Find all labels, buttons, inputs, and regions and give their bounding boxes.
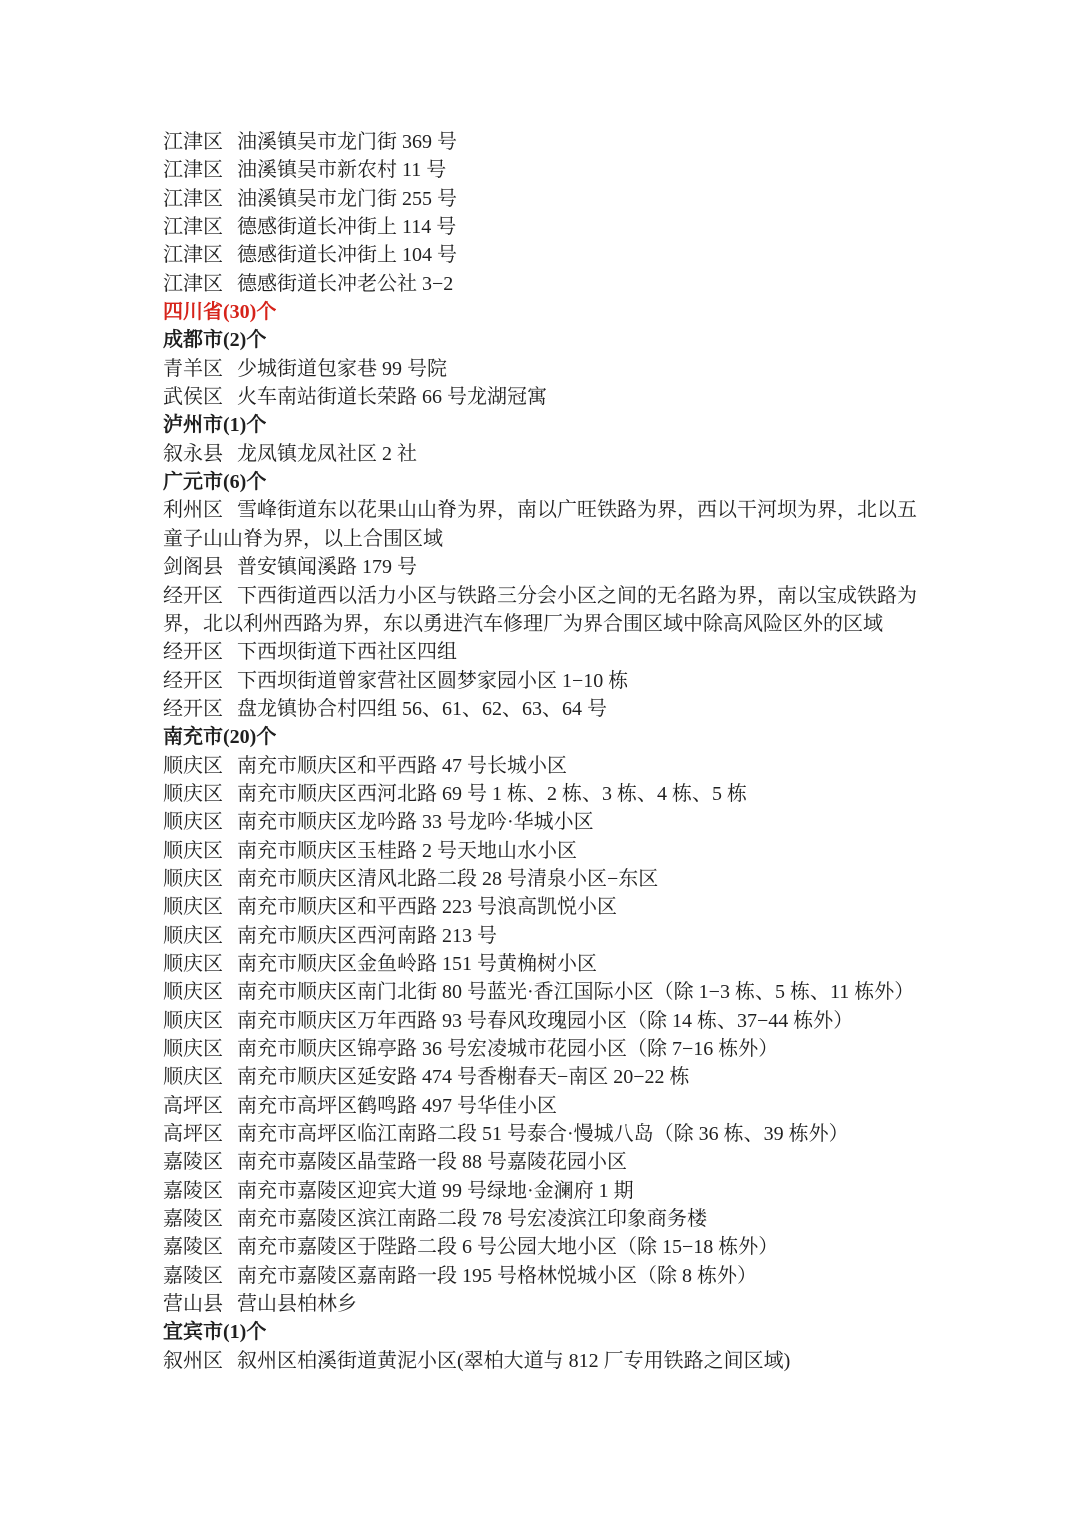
address-text: 龙凤镇龙凤社区 2 社: [237, 443, 417, 465]
district-label: 江津区: [163, 131, 223, 153]
address-entry: 青羊区少城街道包家巷 99 号院: [163, 355, 935, 383]
district-label: 嘉陵区: [163, 1236, 223, 1258]
address-text: 南充市顺庆区和平西路 223 号浪高凯悦小区: [237, 896, 617, 918]
address-entry: 顺庆区南充市顺庆区和平西路 223 号浪高凯悦小区: [163, 893, 935, 921]
document-page: 江津区油溪镇吴市龙门街 369 号 江津区油溪镇吴市新农村 11 号 江津区油溪…: [0, 0, 1080, 1526]
address-text: 南充市嘉陵区滨江南路二段 78 号宏凌滨江印象商务楼: [237, 1208, 707, 1230]
address-text: 南充市顺庆区玉桂路 2 号天地山水小区: [237, 840, 577, 862]
district-label: 高坪区: [163, 1095, 223, 1117]
city-header-label: 成都市(2)个: [163, 329, 266, 351]
district-label: 嘉陵区: [163, 1151, 223, 1173]
city-header: 南充市(20)个: [163, 723, 935, 751]
address-text: 德感街道长冲老公社 3−2: [237, 273, 453, 295]
address-text: 南充市高坪区鹤鸣路 497 号华佳小区: [237, 1095, 557, 1117]
address-entry: 顺庆区南充市顺庆区清风北路二段 28 号清泉小区−东区: [163, 865, 935, 893]
district-label: 剑阁县: [163, 556, 223, 578]
district-label: 叙州区: [163, 1350, 223, 1372]
district-label: 顺庆区: [163, 896, 223, 918]
address-entry: 经开区下西坝街道曾家营社区圆梦家园小区 1−10 栋: [163, 667, 935, 695]
district-label: 营山县: [163, 1293, 223, 1315]
address-text: 南充市顺庆区金鱼岭路 151 号黄桷树小区: [237, 953, 597, 975]
district-label: 武侯区: [163, 386, 223, 408]
address-text: 普安镇闻溪路 179 号: [237, 556, 417, 578]
address-entry: 嘉陵区南充市嘉陵区滨江南路二段 78 号宏凌滨江印象商务楼: [163, 1205, 935, 1233]
district-label: 顺庆区: [163, 1066, 223, 1088]
address-entry: 江津区德感街道长冲街上 104 号: [163, 241, 935, 269]
district-label: 顺庆区: [163, 981, 223, 1003]
address-text: 南充市嘉陵区迎宾大道 99 号绿地·金澜府 1 期: [237, 1180, 634, 1202]
address-entry: 经开区下西街道西以活力小区与铁路三分会小区之间的无名路为界，南以宝成铁路为界，北…: [163, 582, 935, 639]
address-text: 下西街道西以活力小区与铁路三分会小区之间的无名路为界，南以宝成铁路为界，北以利州…: [163, 585, 917, 635]
district-label: 顺庆区: [163, 755, 223, 777]
address-entry: 顺庆区南充市顺庆区龙吟路 33 号龙吟·华城小区: [163, 808, 935, 836]
address-entry: 江津区德感街道长冲街上 114 号: [163, 213, 935, 241]
address-entry: 江津区油溪镇吴市龙门街 255 号: [163, 185, 935, 213]
district-label: 嘉陵区: [163, 1265, 223, 1287]
address-entry: 武侯区火车南站街道长荣路 66 号龙湖冠寓: [163, 383, 935, 411]
address-entry: 利州区雪峰街道东以花果山山脊为界，南以广旺铁路为界，西以干河坝为界，北以五童子山…: [163, 496, 935, 553]
address-text: 南充市顺庆区延安路 474 号香榭春天−南区 20−22 栋: [237, 1066, 690, 1088]
district-label: 顺庆区: [163, 840, 223, 862]
district-label: 江津区: [163, 273, 223, 295]
district-label: 江津区: [163, 216, 223, 238]
district-label: 顺庆区: [163, 1010, 223, 1032]
district-label: 经开区: [163, 698, 223, 720]
address-text: 营山县柏林乡: [237, 1293, 357, 1315]
address-text: 油溪镇吴市龙门街 255 号: [237, 188, 457, 210]
district-label: 顺庆区: [163, 925, 223, 947]
address-entry: 营山县营山县柏林乡: [163, 1290, 935, 1318]
address-text: 少城街道包家巷 99 号院: [237, 358, 447, 380]
district-label: 顺庆区: [163, 783, 223, 805]
district-label: 利州区: [163, 499, 223, 521]
address-text: 南充市高坪区临江南路二段 51 号泰合·慢城八岛（除 36 栋、39 栋外）: [237, 1123, 849, 1145]
address-entry: 江津区油溪镇吴市龙门街 369 号: [163, 128, 935, 156]
address-text: 南充市嘉陵区晶莹路一段 88 号嘉陵花园小区: [237, 1151, 627, 1173]
address-entry: 高坪区南充市高坪区鹤鸣路 497 号华佳小区: [163, 1092, 935, 1120]
district-label: 顺庆区: [163, 868, 223, 890]
address-entry: 经开区盘龙镇协合村四组 56、61、62、63、64 号: [163, 695, 935, 723]
address-entry: 叙永县龙凤镇龙凤社区 2 社: [163, 440, 935, 468]
address-entry: 嘉陵区南充市嘉陵区迎宾大道 99 号绿地·金澜府 1 期: [163, 1177, 935, 1205]
address-entry: 高坪区南充市高坪区临江南路二段 51 号泰合·慢城八岛（除 36 栋、39 栋外…: [163, 1120, 935, 1148]
address-text: 南充市顺庆区和平西路 47 号长城小区: [237, 755, 567, 777]
address-entry: 顺庆区南充市顺庆区延安路 474 号香榭春天−南区 20−22 栋: [163, 1063, 935, 1091]
address-text: 南充市顺庆区西河南路 213 号: [237, 925, 497, 947]
province-header-label: 四川省(30)个: [163, 301, 276, 323]
district-label: 嘉陵区: [163, 1208, 223, 1230]
district-label: 经开区: [163, 641, 223, 663]
address-text: 火车南站街道长荣路 66 号龙湖冠寓: [237, 386, 547, 408]
risk-area-list: 江津区油溪镇吴市龙门街 369 号 江津区油溪镇吴市新农村 11 号 江津区油溪…: [163, 128, 935, 1375]
address-entry: 顺庆区南充市顺庆区和平西路 47 号长城小区: [163, 752, 935, 780]
address-entry: 顺庆区南充市顺庆区金鱼岭路 151 号黄桷树小区: [163, 950, 935, 978]
address-text: 南充市顺庆区西河北路 69 号 1 栋、2 栋、3 栋、4 栋、5 栋: [237, 783, 747, 805]
district-label: 嘉陵区: [163, 1180, 223, 1202]
city-header-label: 宜宾市(1)个: [163, 1321, 266, 1343]
district-label: 顺庆区: [163, 1038, 223, 1060]
district-label: 叙永县: [163, 443, 223, 465]
address-text: 南充市顺庆区龙吟路 33 号龙吟·华城小区: [237, 811, 594, 833]
city-header: 成都市(2)个: [163, 326, 935, 354]
address-text: 叙州区柏溪街道黄泥小区(翠柏大道与 812 厂专用铁路之间区域): [237, 1350, 790, 1372]
address-entry: 顺庆区南充市顺庆区锦亭路 36 号宏凌城市花园小区（除 7−16 栋外）: [163, 1035, 935, 1063]
address-text: 南充市嘉陵区于陛路二段 6 号公园大地小区（除 15−18 栋外）: [237, 1236, 778, 1258]
address-text: 下西坝街道曾家营社区圆梦家园小区 1−10 栋: [237, 670, 628, 692]
address-text: 油溪镇吴市新农村 11 号: [237, 159, 446, 181]
address-entry: 顺庆区南充市顺庆区西河南路 213 号: [163, 922, 935, 950]
address-text: 南充市顺庆区清风北路二段 28 号清泉小区−东区: [237, 868, 658, 890]
address-text: 德感街道长冲街上 114 号: [237, 216, 456, 238]
address-text: 下西坝街道下西社区四组: [237, 641, 457, 663]
province-header: 四川省(30)个: [163, 298, 935, 326]
city-header: 泸州市(1)个: [163, 411, 935, 439]
address-text: 盘龙镇协合村四组 56、61、62、63、64 号: [237, 698, 607, 720]
city-header-label: 广元市(6)个: [163, 471, 266, 493]
address-entry: 嘉陵区南充市嘉陵区晶莹路一段 88 号嘉陵花园小区: [163, 1148, 935, 1176]
address-text: 南充市嘉陵区嘉南路一段 195 号格林悦城小区（除 8 栋外）: [237, 1265, 757, 1287]
address-text: 雪峰街道东以花果山山脊为界，南以广旺铁路为界，西以干河坝为界，北以五童子山山脊为…: [163, 499, 917, 549]
address-entry: 顺庆区南充市顺庆区西河北路 69 号 1 栋、2 栋、3 栋、4 栋、5 栋: [163, 780, 935, 808]
address-entry: 嘉陵区南充市嘉陵区嘉南路一段 195 号格林悦城小区（除 8 栋外）: [163, 1262, 935, 1290]
city-header-label: 泸州市(1)个: [163, 414, 266, 436]
address-entry: 剑阁县普安镇闻溪路 179 号: [163, 553, 935, 581]
address-text: 南充市顺庆区万年西路 93 号春风玫瑰园小区（除 14 栋、37−44 栋外）: [237, 1010, 853, 1032]
city-header: 宜宾市(1)个: [163, 1318, 935, 1346]
address-entry: 经开区下西坝街道下西社区四组: [163, 638, 935, 666]
district-label: 经开区: [163, 585, 223, 607]
address-entry: 顺庆区南充市顺庆区南门北街 80 号蓝光·香江国际小区（除 1−3 栋、5 栋、…: [163, 978, 935, 1006]
city-header-label: 南充市(20)个: [163, 726, 276, 748]
district-label: 江津区: [163, 244, 223, 266]
address-text: 南充市顺庆区南门北街 80 号蓝光·香江国际小区（除 1−3 栋、5 栋、11 …: [237, 981, 914, 1003]
address-text: 南充市顺庆区锦亭路 36 号宏凌城市花园小区（除 7−16 栋外）: [237, 1038, 778, 1060]
address-entry: 江津区德感街道长冲老公社 3−2: [163, 270, 935, 298]
city-header: 广元市(6)个: [163, 468, 935, 496]
district-label: 顺庆区: [163, 811, 223, 833]
district-label: 江津区: [163, 159, 223, 181]
district-label: 青羊区: [163, 358, 223, 380]
district-label: 高坪区: [163, 1123, 223, 1145]
address-text: 油溪镇吴市龙门街 369 号: [237, 131, 457, 153]
district-label: 顺庆区: [163, 953, 223, 975]
address-entry: 顺庆区南充市顺庆区万年西路 93 号春风玫瑰园小区（除 14 栋、37−44 栋…: [163, 1007, 935, 1035]
address-entry: 顺庆区南充市顺庆区玉桂路 2 号天地山水小区: [163, 837, 935, 865]
address-entry: 叙州区叙州区柏溪街道黄泥小区(翠柏大道与 812 厂专用铁路之间区域): [163, 1347, 935, 1375]
address-text: 德感街道长冲街上 104 号: [237, 244, 457, 266]
district-label: 经开区: [163, 670, 223, 692]
address-entry: 江津区油溪镇吴市新农村 11 号: [163, 156, 935, 184]
address-entry: 嘉陵区南充市嘉陵区于陛路二段 6 号公园大地小区（除 15−18 栋外）: [163, 1233, 935, 1261]
district-label: 江津区: [163, 188, 223, 210]
